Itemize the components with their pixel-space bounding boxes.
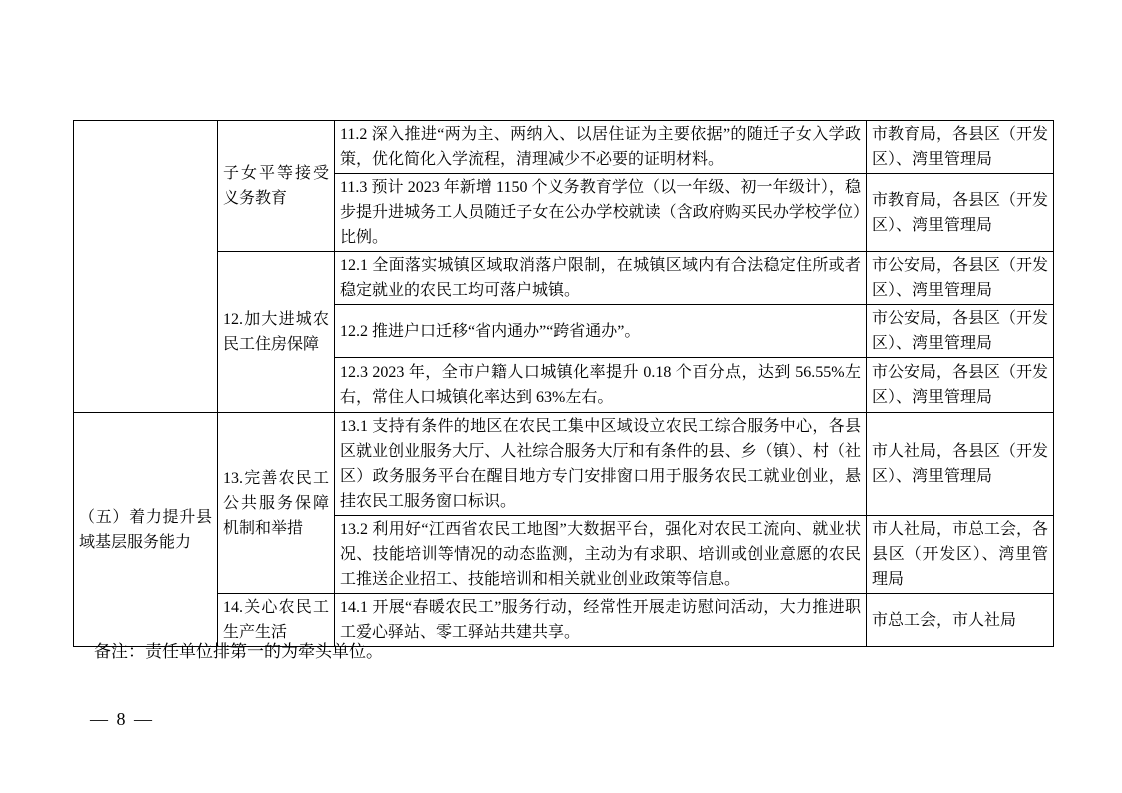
table-row: （五）着力提升县域基层服务能力 13.完善农民工公共服务保障机制和举措 13.1…: [74, 413, 1054, 516]
task-cell-12-1: 12.1 全面落实城镇区域取消落户限制，在城镇区域内有合法稳定住所或者稳定就业的…: [335, 252, 867, 305]
task-cell-13-1: 13.1 支持有条件的地区在农民工集中区域设立农民工综合服务中心，各县区就业创业…: [335, 413, 867, 516]
task-cell-12-2: 12.2 推进户口迁移“省内通办”“跨省通办”。: [335, 305, 867, 358]
measure-cell-children-education: 子女平等接受义务教育: [218, 121, 335, 252]
unit-cell-13-2: 市人社局，市总工会，各县区（开发区）、湾里管理局: [867, 516, 1054, 594]
task-cell-11-3: 11.3 预计 2023 年新增 1150 个义务教育学位（以一年级、初一年级计…: [335, 174, 867, 252]
document-page: 子女平等接受义务教育 11.2 深入推进“两为主、两纳入、以居住证为主要依据”的…: [0, 0, 1122, 793]
category-cell-empty: [74, 121, 218, 413]
task-cell-14-1: 14.1 开展“春暖农民工”服务行动，经常性开展走访慰问活动，大力推进职工爱心驿…: [335, 594, 867, 647]
unit-cell-14-1: 市总工会，市人社局: [867, 594, 1054, 647]
table-row: 子女平等接受义务教育 11.2 深入推进“两为主、两纳入、以居住证为主要依据”的…: [74, 121, 1054, 174]
unit-cell-11-2: 市教育局，各县区（开发区）、湾里管理局: [867, 121, 1054, 174]
measure-cell-public-service: 13.完善农民工公共服务保障机制和举措: [218, 413, 335, 594]
footnote: 备注：责任单位排第一的为牵头单位。: [94, 641, 383, 663]
unit-cell-12-3: 市公安局，各县区（开发区）、湾里管理局: [867, 358, 1054, 413]
unit-cell-12-2: 市公安局，各县区（开发区）、湾里管理局: [867, 305, 1054, 358]
category-cell-section-5: （五）着力提升县域基层服务能力: [74, 413, 218, 647]
task-cell-13-2: 13.2 利用好“江西省农民工地图”大数据平台，强化对农民工流向、就业状况、技能…: [335, 516, 867, 594]
measure-cell-worker-life: 14.关心农民工生产生活: [218, 594, 335, 647]
table-row: 14.关心农民工生产生活 14.1 开展“春暖农民工”服务行动，经常性开展走访慰…: [74, 594, 1054, 647]
unit-cell-12-1: 市公安局，各县区（开发区）、湾里管理局: [867, 252, 1054, 305]
unit-cell-11-3: 市教育局，各县区（开发区）、湾里管理局: [867, 174, 1054, 252]
tasks-table: 子女平等接受义务教育 11.2 深入推进“两为主、两纳入、以居住证为主要依据”的…: [73, 120, 1054, 647]
task-cell-11-2: 11.2 深入推进“两为主、两纳入、以居住证为主要依据”的随迁子女入学政策，优化…: [335, 121, 867, 174]
measure-cell-housing: 12.加大进城农民工住房保障: [218, 252, 335, 413]
task-cell-12-3: 12.3 2023 年，全市户籍人口城镇化率提升 0.18 个百分点，达到 56…: [335, 358, 867, 413]
page-number: — 8 —: [90, 709, 154, 730]
unit-cell-13-1: 市人社局，各县区（开发区）、湾里管理局: [867, 413, 1054, 516]
table-row: 12.加大进城农民工住房保障 12.1 全面落实城镇区域取消落户限制，在城镇区域…: [74, 252, 1054, 305]
